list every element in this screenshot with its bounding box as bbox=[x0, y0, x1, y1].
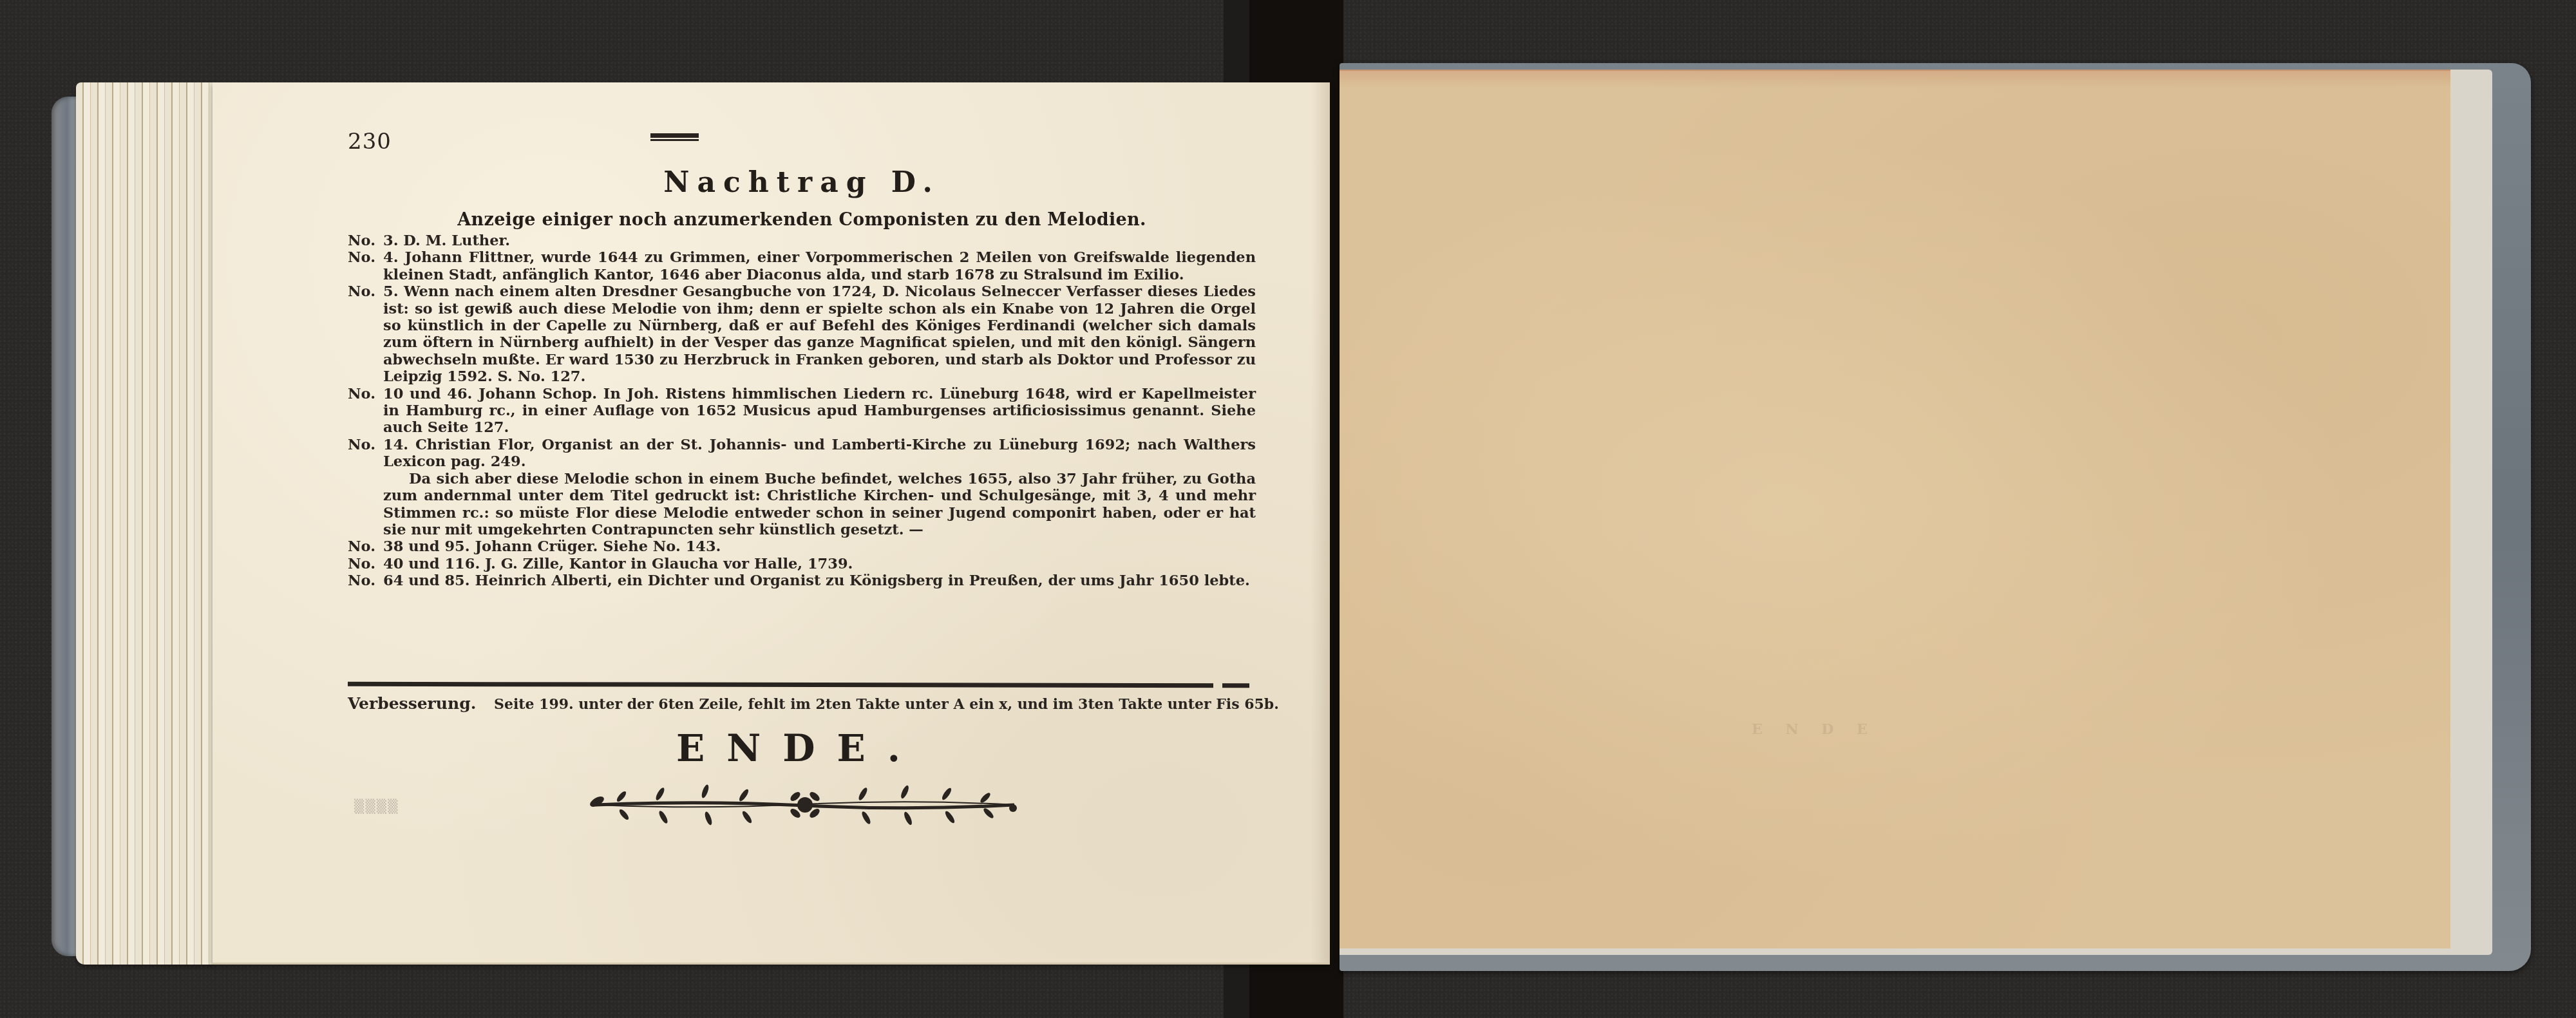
entry-number-label: No. bbox=[348, 538, 383, 555]
composer-entries: No. 3. D. M. Luther. No. 4. Johann Flitt… bbox=[348, 232, 1256, 590]
entry: No. 14. Christian Flor, Organist an der … bbox=[348, 437, 1256, 471]
entry-text: 5. Wenn nach einem alten Dresdner Gesang… bbox=[383, 283, 1256, 385]
entry-text: 14. Christian Flor, Organist an der St. … bbox=[383, 437, 1256, 471]
entry-number-label: No. bbox=[348, 386, 383, 437]
show-through-text: E N D E bbox=[1752, 721, 1877, 738]
right-page-blank bbox=[1340, 70, 2450, 948]
right-page-top-stain bbox=[1340, 70, 2450, 89]
entry: No. 40 und 116. J. G. Zille, Kantor in G… bbox=[348, 556, 1256, 572]
entry: No. 5. Wenn nach einem alten Dresdner Ge… bbox=[348, 283, 1256, 385]
entry-text: 3. D. M. Luther. bbox=[383, 232, 1256, 249]
entry-text: 10 und 46. Johann Schop. In Joh. Ristens… bbox=[383, 386, 1256, 437]
entry-paragraph: Da sich aber diese Melodie schon in eine… bbox=[348, 471, 1256, 539]
page-subtitle: Anzeige einiger noch anzumerkenden Compo… bbox=[348, 210, 1256, 230]
entry-text: 4. Johann Flittner, wurde 1644 zu Grimme… bbox=[383, 249, 1256, 283]
header-rule bbox=[650, 133, 699, 141]
entry-number-label: No. bbox=[348, 572, 383, 589]
correction-label: Verbesserung. bbox=[348, 694, 476, 713]
entry: No. 3. D. M. Luther. bbox=[348, 232, 1256, 249]
entry: No. 4. Johann Flittner, wurde 1644 zu Gr… bbox=[348, 249, 1256, 283]
entry-text: 64 und 85. Heinrich Alberti, ein Dichter… bbox=[383, 572, 1256, 589]
entry-text: 38 und 95. Johann Crüger. Siehe No. 143. bbox=[383, 538, 1256, 555]
page-title: Nachtrag D. bbox=[348, 166, 1256, 199]
entry-number-label: No. bbox=[348, 283, 383, 385]
faint-stamp-mark: ▒▒▒▒ bbox=[354, 798, 399, 814]
entry-number-label: No. bbox=[348, 249, 383, 283]
page-number: 230 bbox=[348, 129, 392, 155]
correction-text: Seite 199. unter der 6ten Zeile, fehlt i… bbox=[494, 696, 1279, 713]
entry-number-label: No. bbox=[348, 437, 383, 471]
correction-note: Verbesserung. Seite 199. unter der 6ten … bbox=[348, 694, 1262, 713]
page-stack-edge bbox=[76, 82, 214, 965]
entry: No. 10 und 46. Johann Schop. In Joh. Ris… bbox=[348, 386, 1256, 437]
ende-heading: ENDE. bbox=[676, 726, 922, 770]
floral-vine-ornament-icon bbox=[583, 782, 1027, 827]
entry-number-label: No. bbox=[348, 232, 383, 249]
entry: No. 64 und 85. Heinrich Alberti, ein Dic… bbox=[348, 572, 1256, 589]
entry-number-label: No. bbox=[348, 556, 383, 572]
book-spread: E N D E 230 Nachtrag D. Anzeige einiger … bbox=[0, 0, 2576, 1018]
entry: No. 38 und 95. Johann Crüger. Siehe No. … bbox=[348, 538, 1256, 555]
entry-text: 40 und 116. J. G. Zille, Kantor in Glauc… bbox=[383, 556, 1256, 572]
